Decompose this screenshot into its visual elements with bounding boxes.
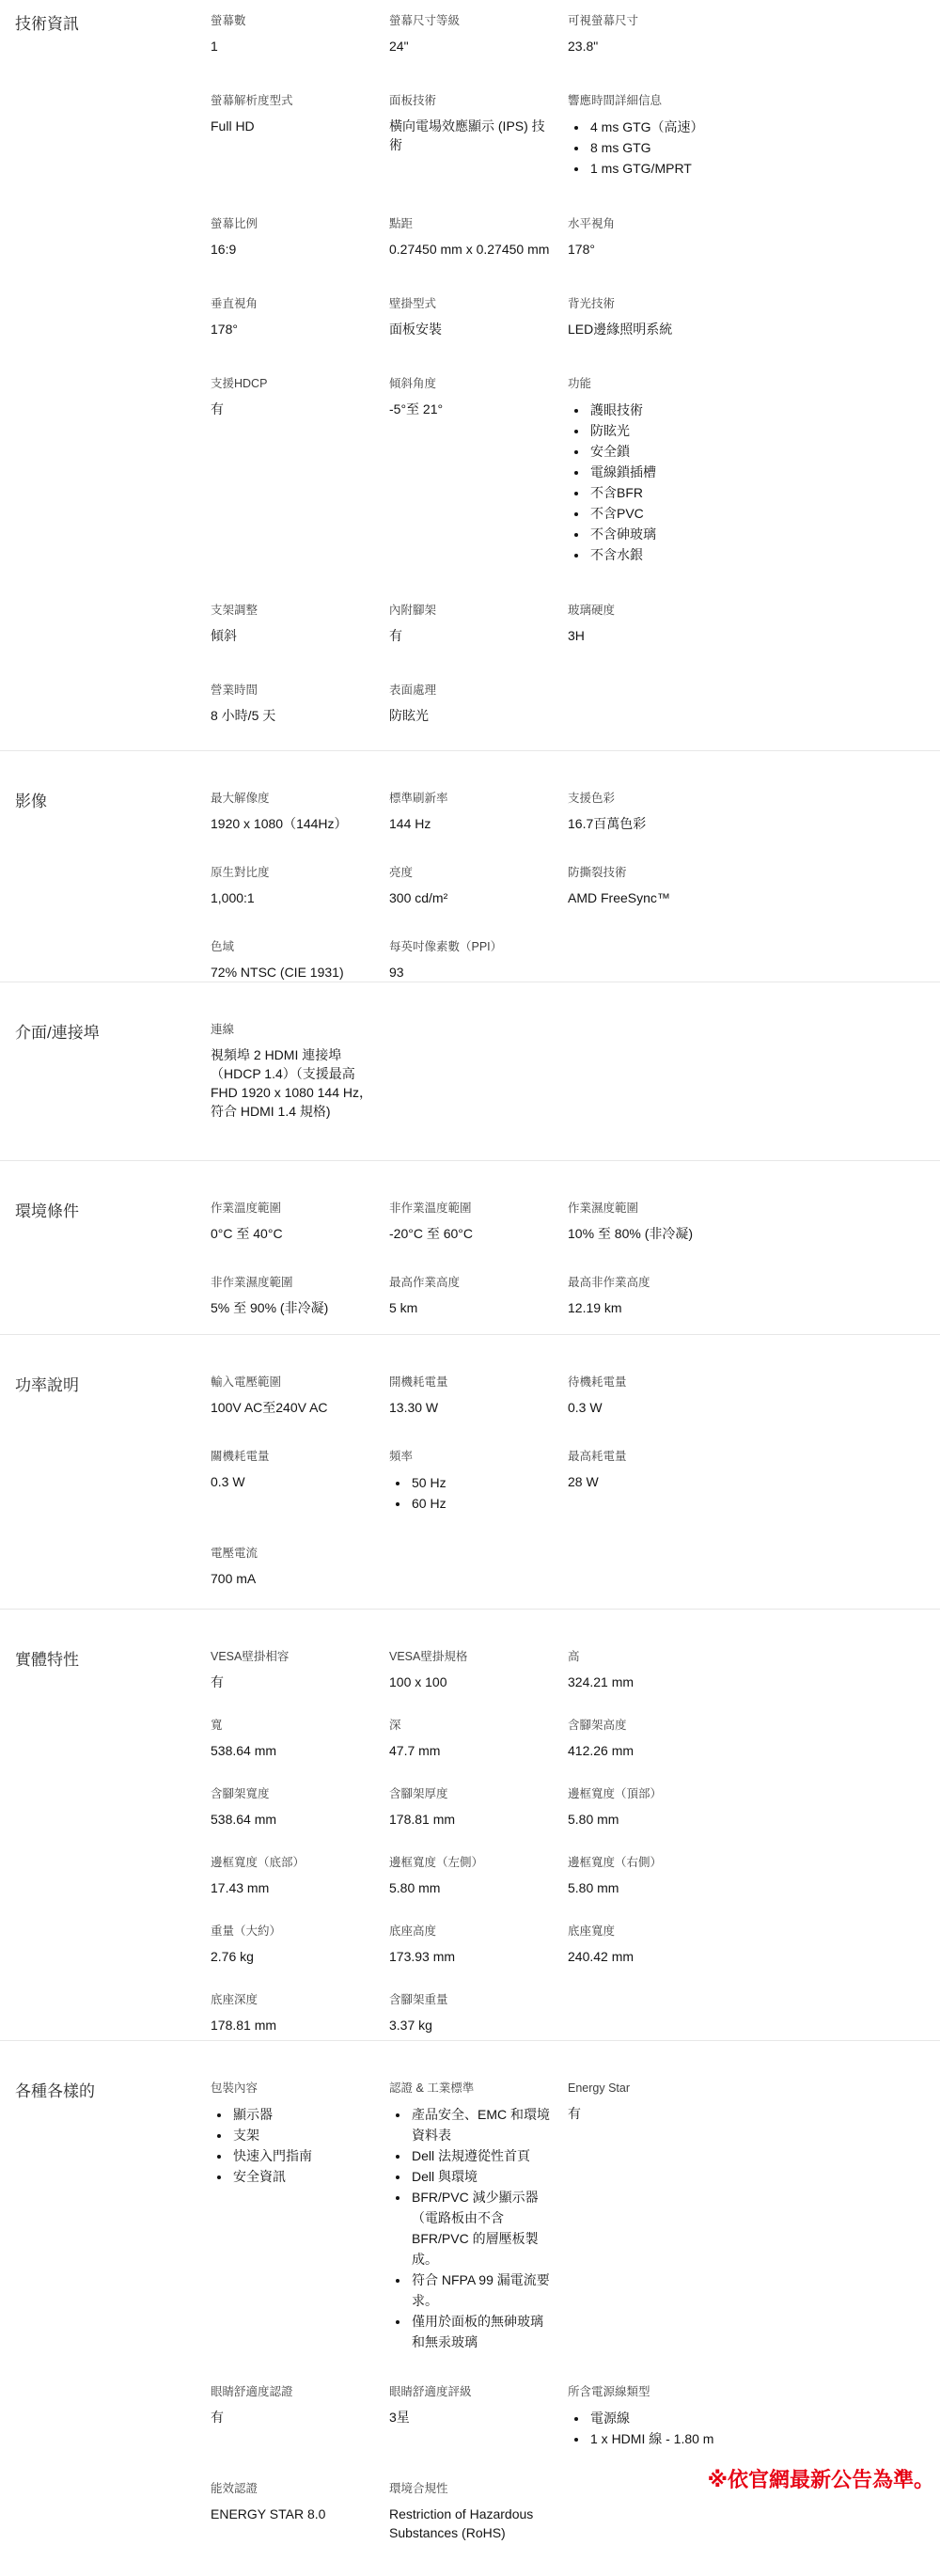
spec-label: 環境合規性 xyxy=(389,2481,555,2496)
spec-label: 非作業濕度範圍 xyxy=(211,1275,376,1290)
spec-cell: 表面處理防眩光 xyxy=(389,683,568,725)
spec-value: 1 xyxy=(211,37,376,55)
spec-label: 包裝內容 xyxy=(211,2081,376,2096)
spec-label: 含腳架高度 xyxy=(568,1718,735,1733)
spec-value: 0.27450 mm x 0.27450 mm xyxy=(389,240,555,259)
spec-label: 背光技術 xyxy=(568,296,735,311)
spec-bullet-item: 顯示器 xyxy=(231,2104,376,2125)
spec-row: 邊框寬度（底部）17.43 mm邊框寬度（左側）5.80 mm邊框寬度（右側）5… xyxy=(211,1855,940,1897)
spec-bullet-list: 電源線1 x HDMI 線 - 1.80 m xyxy=(568,2408,763,2449)
spec-value: 有 xyxy=(211,2408,376,2427)
official-site-footnote: ※依官網最新公告為準。 xyxy=(708,2468,934,2492)
spec-bullet-item: 快速入門指南 xyxy=(231,2145,376,2166)
spec-section: 技術資訊螢幕數1螢幕尺寸等級24"可視螢幕尺寸23.8"螢幕解析度型式Full … xyxy=(0,0,940,750)
spec-value: 0.3 W xyxy=(568,1398,735,1417)
spec-rows: 輸入電壓範圍100V AC至240V AC開機耗電量13.30 W待機耗電量0.… xyxy=(211,1374,940,1609)
spec-value: 72% NTSC (CIE 1931) xyxy=(211,963,376,982)
spec-label: 螢幕比例 xyxy=(211,216,376,231)
spec-row: 垂直視角178°壁掛型式面板安裝背光技術LED邊緣照明系統 xyxy=(211,296,940,338)
spec-cell: 包裝內容顯示器支架快速入門指南安全資訊 xyxy=(211,2081,389,2352)
spec-sections: 技術資訊螢幕數1螢幕尺寸等級24"可視螢幕尺寸23.8"螢幕解析度型式Full … xyxy=(0,0,940,2576)
spec-value: 10% 至 80% (非冷凝) xyxy=(568,1224,735,1243)
spec-value: AMD FreeSync™ xyxy=(568,888,735,907)
spec-cell: 底座高度173.93 mm xyxy=(389,1924,568,1966)
spec-value: 有 xyxy=(211,1673,376,1691)
section-title: 技術資訊 xyxy=(0,13,211,750)
spec-cell xyxy=(568,683,940,725)
spec-label: 響應時間詳細信息 xyxy=(568,93,735,108)
spec-cell: Energy Star有 xyxy=(568,2081,940,2352)
spec-label: 眼睛舒適度評級 xyxy=(389,2384,555,2399)
spec-value: 178° xyxy=(211,320,376,338)
spec-value: 178.81 mm xyxy=(389,1810,555,1829)
spec-value: 16.7百萬色彩 xyxy=(568,814,735,833)
spec-value: 3H xyxy=(568,626,735,645)
spec-cell: 水平視角178° xyxy=(568,216,940,259)
spec-bullet-list: 護眼技術防眩光安全鎖電線鎖插槽不含BFR不含PVC不含砷玻璃不含水銀 xyxy=(568,400,763,565)
spec-row: 含腳架寬度538.64 mm含腳架厚度178.81 mm邊框寬度（頂部）5.80… xyxy=(211,1786,940,1829)
spec-value: 47.7 mm xyxy=(389,1741,555,1760)
spec-cell: 頻率50 Hz60 Hz xyxy=(389,1449,568,1514)
spec-bullet-item: 不含BFR xyxy=(588,482,763,503)
spec-cell: 含腳架寬度538.64 mm xyxy=(211,1786,389,1829)
spec-value: Restriction of Hazardous Substances (RoH… xyxy=(389,2505,555,2542)
spec-label: 可視螢幕尺寸 xyxy=(568,13,735,28)
spec-label: 電壓電流 xyxy=(211,1546,376,1561)
spec-value: 8 小時/5 天 xyxy=(211,706,376,725)
spec-value: 17.43 mm xyxy=(211,1878,376,1897)
spec-label: 防撕裂技術 xyxy=(568,865,735,880)
spec-value: 538.64 mm xyxy=(211,1810,376,1829)
spec-section: 各種各樣的包裝內容顯示器支架快速入門指南安全資訊認證 & 工業標準產品安全、EM… xyxy=(0,2040,940,2576)
spec-sheet: 技術資訊螢幕數1螢幕尺寸等級24"可視螢幕尺寸23.8"螢幕解析度型式Full … xyxy=(0,0,940,2576)
spec-cell xyxy=(389,1022,568,1121)
spec-rows: 最大解像度1920 x 1080（144Hz）標準刷新率144 Hz支援色彩16… xyxy=(211,791,940,982)
spec-cell: 底座深度178.81 mm xyxy=(211,1992,389,2034)
spec-label: 底座高度 xyxy=(389,1924,555,1939)
spec-cell: 邊框寬度（右側）5.80 mm xyxy=(568,1855,940,1897)
spec-value: 2.76 kg xyxy=(211,1947,376,1966)
spec-row: 包裝內容顯示器支架快速入門指南安全資訊認證 & 工業標準產品安全、EMC 和環境… xyxy=(211,2081,940,2352)
spec-value: 100 x 100 xyxy=(389,1673,555,1691)
spec-value: 1,000:1 xyxy=(211,888,376,907)
spec-cell: 作業溫度範圍0°C 至 40°C xyxy=(211,1201,389,1243)
spec-label: 開機耗電量 xyxy=(389,1374,555,1390)
spec-label: 支援HDCP xyxy=(211,376,376,391)
spec-label: 最高耗電量 xyxy=(568,1449,735,1464)
spec-row: 連線視頻埠 2 HDMI 連接埠（HDCP 1.4）（支援最高 FHD 1920… xyxy=(211,1022,940,1121)
spec-label: 深 xyxy=(389,1718,555,1733)
spec-label: 螢幕解析度型式 xyxy=(211,93,376,108)
spec-cell: 原生對比度1,000:1 xyxy=(211,865,389,907)
spec-label: 玻璃硬度 xyxy=(568,603,735,618)
spec-label: 點距 xyxy=(389,216,555,231)
spec-bullet-item: 安全資訊 xyxy=(231,2166,376,2187)
spec-label: 面板技術 xyxy=(389,93,555,108)
spec-cell: 高324.21 mm xyxy=(568,1649,940,1691)
spec-value: 防眩光 xyxy=(389,706,555,725)
spec-value: 5 km xyxy=(389,1298,555,1317)
spec-bullet-item: 護眼技術 xyxy=(588,400,763,420)
spec-value: 有 xyxy=(211,400,376,418)
spec-row: 關機耗電量0.3 W頻率50 Hz60 Hz最高耗電量28 W xyxy=(211,1449,940,1514)
spec-bullet-item: 50 Hz xyxy=(410,1472,555,1493)
spec-label: 標準刷新率 xyxy=(389,791,555,806)
spec-bullet-list: 顯示器支架快速入門指南安全資訊 xyxy=(211,2104,376,2187)
section-title: 環境條件 xyxy=(0,1201,211,1334)
spec-value: 24" xyxy=(389,37,555,55)
spec-cell: 含腳架厚度178.81 mm xyxy=(389,1786,568,1829)
spec-cell: 垂直視角178° xyxy=(211,296,389,338)
spec-value: Full HD xyxy=(211,117,376,135)
spec-rows: 包裝內容顯示器支架快速入門指南安全資訊認證 & 工業標準產品安全、EMC 和環境… xyxy=(211,2081,940,2576)
spec-bullet-item: 電源線 xyxy=(588,2408,763,2428)
spec-value: 視頻埠 2 HDMI 連接埠（HDCP 1.4）（支援最高 FHD 1920 x… xyxy=(211,1045,376,1121)
spec-bullet-list: 50 Hz60 Hz xyxy=(389,1472,555,1514)
spec-label: 寬 xyxy=(211,1718,376,1733)
spec-bullet-item: 僅用於面板的無砷玻璃和無汞玻璃 xyxy=(410,2311,555,2352)
spec-label: 頻率 xyxy=(389,1449,555,1464)
spec-label: 輸入電壓範圍 xyxy=(211,1374,376,1390)
spec-cell: 背光技術LED邊緣照明系統 xyxy=(568,296,940,338)
spec-label: 螢幕數 xyxy=(211,13,376,28)
spec-cell: 關機耗電量0.3 W xyxy=(211,1449,389,1514)
section-title: 介面/連接埠 xyxy=(0,1022,211,1160)
spec-bullet-item: Dell 與環境 xyxy=(410,2166,555,2187)
spec-value: 173.93 mm xyxy=(389,1947,555,1966)
spec-value: 5.80 mm xyxy=(568,1810,735,1829)
spec-cell: 每英吋像素數（PPI）93 xyxy=(389,939,568,982)
spec-cell: 點距0.27450 mm x 0.27450 mm xyxy=(389,216,568,259)
spec-bullet-item: 1 ms GTG/MPRT xyxy=(588,158,763,179)
spec-label: 色域 xyxy=(211,939,376,954)
spec-label: 垂直視角 xyxy=(211,296,376,311)
spec-cell: 色域72% NTSC (CIE 1931) xyxy=(211,939,389,982)
spec-value: ENERGY STAR 8.0 xyxy=(211,2505,376,2523)
spec-bullet-item: 8 ms GTG xyxy=(588,137,763,158)
spec-bullet-item: 防眩光 xyxy=(588,420,763,441)
spec-label: 表面處理 xyxy=(389,683,555,698)
spec-value: 93 xyxy=(389,963,555,982)
spec-cell: 最大解像度1920 x 1080（144Hz） xyxy=(211,791,389,833)
spec-cell: 響應時間詳細信息4 ms GTG（高速）8 ms GTG1 ms GTG/MPR… xyxy=(568,93,940,179)
spec-cell xyxy=(568,1022,940,1121)
spec-row: 螢幕解析度型式Full HD面板技術橫向電場效應顯示 (IPS) 技術響應時間詳… xyxy=(211,93,940,179)
spec-bullet-item: 不含砷玻璃 xyxy=(588,524,763,544)
spec-row: 螢幕比例16:9點距0.27450 mm x 0.27450 mm水平視角178… xyxy=(211,216,940,259)
spec-label: 底座深度 xyxy=(211,1992,376,2007)
spec-label: 含腳架重量 xyxy=(389,1992,555,2007)
spec-value: 100V AC至240V AC xyxy=(211,1398,376,1417)
spec-cell: 環境合規性Restriction of Hazardous Substances… xyxy=(389,2481,568,2542)
spec-cell: 壁掛型式面板安裝 xyxy=(389,296,568,338)
section-title: 影像 xyxy=(0,791,211,982)
spec-label: 亮度 xyxy=(389,865,555,880)
spec-value: 0.3 W xyxy=(211,1472,376,1491)
spec-label: 原生對比度 xyxy=(211,865,376,880)
spec-cell: 玻璃硬度3H xyxy=(568,603,940,645)
spec-value: 0°C 至 40°C xyxy=(211,1224,376,1243)
spec-cell: 非作業濕度範圍5% 至 90% (非冷凝) xyxy=(211,1275,389,1317)
spec-bullet-list: 4 ms GTG（高速）8 ms GTG1 ms GTG/MPRT xyxy=(568,117,763,179)
spec-value: 144 Hz xyxy=(389,814,555,833)
spec-cell: 電壓電流700 mA xyxy=(211,1546,389,1588)
spec-value: 13.30 W xyxy=(389,1398,555,1417)
spec-cell: 所含電源線類型電源線1 x HDMI 線 - 1.80 m xyxy=(568,2384,940,2449)
spec-section: 介面/連接埠連線視頻埠 2 HDMI 連接埠（HDCP 1.4）（支援最高 FH… xyxy=(0,982,940,1160)
spec-label: 能效認證 xyxy=(211,2481,376,2496)
spec-label: 高 xyxy=(568,1649,735,1664)
spec-label: 壁掛型式 xyxy=(389,296,555,311)
spec-cell: 傾斜角度-5°至 21° xyxy=(389,376,568,565)
spec-value: 面板安裝 xyxy=(389,320,555,338)
spec-cell: VESA壁掛相容有 xyxy=(211,1649,389,1691)
spec-cell: 邊框寬度（頂部）5.80 mm xyxy=(568,1786,940,1829)
spec-label: 作業濕度範圍 xyxy=(568,1201,735,1216)
spec-cell xyxy=(389,1546,568,1588)
spec-section: 實體特性VESA壁掛相容有VESA壁掛規格100 x 100高324.21 mm… xyxy=(0,1609,940,2040)
spec-value: 3星 xyxy=(389,2408,555,2427)
spec-label: 作業溫度範圍 xyxy=(211,1201,376,1216)
spec-row: 營業時間8 小時/5 天表面處理防眩光 xyxy=(211,683,940,725)
spec-label: 內附腳架 xyxy=(389,603,555,618)
spec-bullet-item: 安全鎖 xyxy=(588,441,763,462)
section-title: 功率說明 xyxy=(0,1374,211,1609)
spec-cell: 輸入電壓範圍100V AC至240V AC xyxy=(211,1374,389,1417)
spec-value: 23.8" xyxy=(568,37,735,55)
spec-row: 底座深度178.81 mm含腳架重量3.37 kg xyxy=(211,1992,940,2034)
spec-cell: 非作業溫度範圍-20°C 至 60°C xyxy=(389,1201,568,1243)
spec-cell: 深47.7 mm xyxy=(389,1718,568,1760)
spec-label: 含腳架寬度 xyxy=(211,1786,376,1801)
spec-value: 有 xyxy=(389,626,555,645)
spec-cell: 防撕裂技術AMD FreeSync™ xyxy=(568,865,940,907)
spec-value: 12.19 km xyxy=(568,1298,735,1317)
spec-rows: 作業溫度範圍0°C 至 40°C非作業溫度範圍-20°C 至 60°C作業濕度範… xyxy=(211,1201,940,1334)
spec-label: 邊框寬度（頂部） xyxy=(568,1786,735,1801)
spec-cell: 連線視頻埠 2 HDMI 連接埠（HDCP 1.4）（支援最高 FHD 1920… xyxy=(211,1022,389,1121)
spec-row: 輸入電壓範圍100V AC至240V AC開機耗電量13.30 W待機耗電量0.… xyxy=(211,1374,940,1417)
spec-label: VESA壁掛規格 xyxy=(389,1649,555,1664)
spec-label: 含腳架厚度 xyxy=(389,1786,555,1801)
spec-row: 支援HDCP有傾斜角度-5°至 21°功能護眼技術防眩光安全鎖電線鎖插槽不含BF… xyxy=(211,376,940,565)
spec-row: 原生對比度1,000:1亮度300 cd/m²防撕裂技術AMD FreeSync… xyxy=(211,865,940,907)
spec-value: 16:9 xyxy=(211,240,376,259)
spec-label: 非作業溫度範圍 xyxy=(389,1201,555,1216)
spec-bullet-item: BFR/PVC 減少顯示器（電路板由不含 BFR/PVC 的層壓板製成。 xyxy=(410,2187,555,2270)
spec-value: 1920 x 1080（144Hz） xyxy=(211,814,376,833)
spec-label: 底座寬度 xyxy=(568,1924,735,1939)
spec-cell: 支援HDCP有 xyxy=(211,376,389,565)
spec-cell: 支架調整傾斜 xyxy=(211,603,389,645)
spec-cell: 最高耗電量28 W xyxy=(568,1449,940,1514)
spec-value: 5.80 mm xyxy=(389,1878,555,1897)
spec-value: 412.26 mm xyxy=(568,1741,735,1760)
spec-cell: 螢幕尺寸等級24" xyxy=(389,13,568,55)
spec-cell: 可視螢幕尺寸23.8" xyxy=(568,13,940,55)
spec-value: 有 xyxy=(568,2104,735,2123)
spec-label: 邊框寬度（底部） xyxy=(211,1855,376,1870)
spec-value: 538.64 mm xyxy=(211,1741,376,1760)
spec-cell: 亮度300 cd/m² xyxy=(389,865,568,907)
spec-label: 營業時間 xyxy=(211,683,376,698)
spec-value: 700 mA xyxy=(211,1569,376,1588)
spec-cell: 能效認證ENERGY STAR 8.0 xyxy=(211,2481,389,2542)
spec-bullet-item: 產品安全、EMC 和環境資料表 xyxy=(410,2104,555,2145)
spec-value: 178° xyxy=(568,240,735,259)
spec-cell: VESA壁掛規格100 x 100 xyxy=(389,1649,568,1691)
spec-value: 5% 至 90% (非冷凝) xyxy=(211,1298,376,1317)
spec-value: 178.81 mm xyxy=(211,2016,376,2034)
spec-label: 邊框寬度（左側） xyxy=(389,1855,555,1870)
spec-label: 關機耗電量 xyxy=(211,1449,376,1464)
spec-cell: 支援色彩16.7百萬色彩 xyxy=(568,791,940,833)
spec-cell: 邊框寬度（左側）5.80 mm xyxy=(389,1855,568,1897)
spec-value: 300 cd/m² xyxy=(389,888,555,907)
spec-label: 邊框寬度（右側） xyxy=(568,1855,735,1870)
spec-cell: 邊框寬度（底部）17.43 mm xyxy=(211,1855,389,1897)
spec-cell: 面板技術橫向電場效應顯示 (IPS) 技術 xyxy=(389,93,568,179)
spec-value: 橫向電場效應顯示 (IPS) 技術 xyxy=(389,117,555,154)
spec-label: VESA壁掛相容 xyxy=(211,1649,376,1664)
spec-label: 認證 & 工業標準 xyxy=(389,2081,555,2096)
spec-cell: 寬538.64 mm xyxy=(211,1718,389,1760)
spec-section: 環境條件作業溫度範圍0°C 至 40°C非作業溫度範圍-20°C 至 60°C作… xyxy=(0,1160,940,1334)
spec-cell: 含腳架重量3.37 kg xyxy=(389,1992,568,2034)
spec-rows: 螢幕數1螢幕尺寸等級24"可視螢幕尺寸23.8"螢幕解析度型式Full HD面板… xyxy=(211,13,940,750)
section-title: 各種各樣的 xyxy=(0,2081,211,2576)
spec-bullet-item: 4 ms GTG（高速） xyxy=(588,117,763,137)
spec-cell: 含腳架高度412.26 mm xyxy=(568,1718,940,1760)
spec-label: 支架調整 xyxy=(211,603,376,618)
section-title: 實體特性 xyxy=(0,1649,211,2040)
spec-value: 28 W xyxy=(568,1472,735,1491)
spec-value: 3.37 kg xyxy=(389,2016,555,2034)
spec-label: 支援色彩 xyxy=(568,791,735,806)
spec-cell: 開機耗電量13.30 W xyxy=(389,1374,568,1417)
spec-bullet-item: Dell 法規遵從性首頁 xyxy=(410,2145,555,2166)
spec-bullet-item: 電線鎖插槽 xyxy=(588,462,763,482)
spec-cell: 眼睛舒適度認證有 xyxy=(211,2384,389,2449)
spec-bullet-item: 支架 xyxy=(231,2125,376,2145)
spec-label: 最大解像度 xyxy=(211,791,376,806)
spec-cell: 最高作業高度5 km xyxy=(389,1275,568,1317)
spec-cell: 眼睛舒適度評級3星 xyxy=(389,2384,568,2449)
spec-row: 眼睛舒適度認證有眼睛舒適度評級3星所含電源線類型電源線1 x HDMI 線 - … xyxy=(211,2384,940,2449)
spec-label: 連線 xyxy=(211,1022,376,1037)
spec-cell: 標準刷新率144 Hz xyxy=(389,791,568,833)
spec-bullet-item: 60 Hz xyxy=(410,1493,555,1514)
spec-cell: 螢幕比例16:9 xyxy=(211,216,389,259)
spec-row: 電壓電流700 mA xyxy=(211,1546,940,1588)
spec-row: 重量（大約）2.76 kg底座高度173.93 mm底座寬度240.42 mm xyxy=(211,1924,940,1966)
spec-row: 色域72% NTSC (CIE 1931)每英吋像素數（PPI）93 xyxy=(211,939,940,982)
spec-row: 最大解像度1920 x 1080（144Hz）標準刷新率144 Hz支援色彩16… xyxy=(211,791,940,833)
spec-label: 最高非作業高度 xyxy=(568,1275,735,1290)
spec-row: 寬538.64 mm深47.7 mm含腳架高度412.26 mm xyxy=(211,1718,940,1760)
spec-label: 最高作業高度 xyxy=(389,1275,555,1290)
spec-value: LED邊緣照明系統 xyxy=(568,320,735,338)
spec-section: 影像最大解像度1920 x 1080（144Hz）標準刷新率144 Hz支援色彩… xyxy=(0,750,940,982)
spec-row: VESA壁掛相容有VESA壁掛規格100 x 100高324.21 mm xyxy=(211,1649,940,1691)
spec-label: 所含電源線類型 xyxy=(568,2384,735,2399)
spec-bullet-item: 1 x HDMI 線 - 1.80 m xyxy=(588,2428,763,2449)
spec-value: 5.80 mm xyxy=(568,1878,735,1897)
spec-value: -20°C 至 60°C xyxy=(389,1224,555,1243)
spec-label: 螢幕尺寸等級 xyxy=(389,13,555,28)
spec-row: 螢幕數1螢幕尺寸等級24"可視螢幕尺寸23.8" xyxy=(211,13,940,55)
spec-label: 待機耗電量 xyxy=(568,1374,735,1390)
spec-cell: 待機耗電量0.3 W xyxy=(568,1374,940,1417)
spec-cell: 認證 & 工業標準產品安全、EMC 和環境資料表Dell 法規遵從性首頁Dell… xyxy=(389,2081,568,2352)
spec-rows: 連線視頻埠 2 HDMI 連接埠（HDCP 1.4）（支援最高 FHD 1920… xyxy=(211,1022,940,1160)
spec-value: 324.21 mm xyxy=(568,1673,735,1691)
spec-label: 功能 xyxy=(568,376,735,391)
spec-cell: 底座寬度240.42 mm xyxy=(568,1924,940,1966)
spec-value: -5°至 21° xyxy=(389,400,555,418)
spec-bullet-item: 符合 NFPA 99 漏電流要求。 xyxy=(410,2270,555,2311)
spec-cell: 功能護眼技術防眩光安全鎖電線鎖插槽不含BFR不含PVC不含砷玻璃不含水銀 xyxy=(568,376,940,565)
spec-row: 非作業濕度範圍5% 至 90% (非冷凝)最高作業高度5 km最高非作業高度12… xyxy=(211,1275,940,1317)
spec-row: 支架調整傾斜內附腳架有玻璃硬度3H xyxy=(211,603,940,645)
spec-label: Energy Star xyxy=(568,2081,735,2096)
spec-label: 重量（大約） xyxy=(211,1924,376,1939)
spec-bullet-item: 不含PVC xyxy=(588,503,763,524)
spec-cell xyxy=(568,939,940,982)
spec-label: 傾斜角度 xyxy=(389,376,555,391)
spec-cell: 作業濕度範圍10% 至 80% (非冷凝) xyxy=(568,1201,940,1243)
spec-rows: VESA壁掛相容有VESA壁掛規格100 x 100高324.21 mm寬538… xyxy=(211,1649,940,2040)
spec-label: 眼睛舒適度認證 xyxy=(211,2384,376,2399)
spec-cell: 最高非作業高度12.19 km xyxy=(568,1275,940,1317)
spec-cell: 螢幕數1 xyxy=(211,13,389,55)
spec-value: 240.42 mm xyxy=(568,1947,735,1966)
spec-label: 水平視角 xyxy=(568,216,735,231)
spec-bullet-item: 不含水銀 xyxy=(588,544,763,565)
spec-cell xyxy=(568,1992,940,2034)
spec-cell xyxy=(568,1546,940,1588)
spec-section: 功率說明輸入電壓範圍100V AC至240V AC開機耗電量13.30 W待機耗… xyxy=(0,1334,940,1609)
spec-value: 傾斜 xyxy=(211,626,376,645)
spec-bullet-list: 產品安全、EMC 和環境資料表Dell 法規遵從性首頁Dell 與環境BFR/P… xyxy=(389,2104,555,2352)
spec-cell: 螢幕解析度型式Full HD xyxy=(211,93,389,179)
spec-label: 每英吋像素數（PPI） xyxy=(389,939,555,954)
spec-cell: 重量（大約）2.76 kg xyxy=(211,1924,389,1966)
spec-cell: 內附腳架有 xyxy=(389,603,568,645)
spec-cell: 營業時間8 小時/5 天 xyxy=(211,683,389,725)
spec-row: 作業溫度範圍0°C 至 40°C非作業溫度範圍-20°C 至 60°C作業濕度範… xyxy=(211,1201,940,1243)
